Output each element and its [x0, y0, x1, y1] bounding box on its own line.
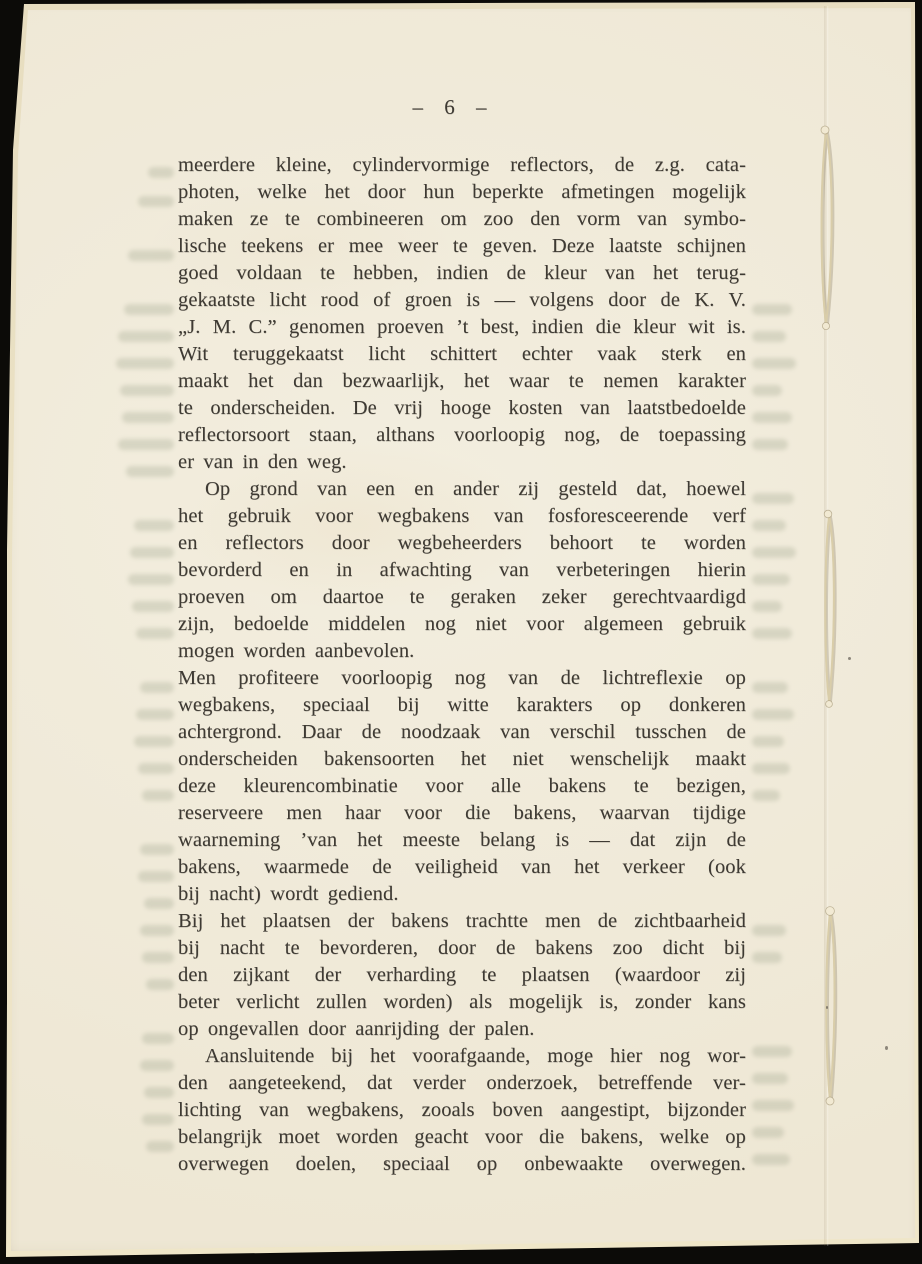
ink-bleedthrough-mark [124, 304, 174, 315]
ink-bleedthrough-mark [126, 466, 174, 477]
text-line: reflectorsoort staan, althans voorloopig… [178, 422, 746, 449]
text-line: bakens, waarmede de veiligheid van het v… [178, 854, 746, 881]
ink-bleedthrough-mark [752, 412, 792, 423]
ink-bleedthrough-mark [752, 601, 782, 612]
text-line: het gebruik voor wegbakens van fosforesc… [178, 503, 746, 530]
text-line: reserveere men haar voor die bakens, waa… [178, 800, 746, 827]
ink-bleedthrough-mark [138, 763, 174, 774]
ink-bleedthrough-mark [752, 628, 792, 639]
ink-bleedthrough-mark [752, 1046, 792, 1057]
text-line: maken ze te combineeren om zoo den vorm … [178, 206, 746, 233]
ink-bleedthrough-mark [752, 331, 786, 342]
text-line: onderscheiden bakensoorten het niet wens… [178, 746, 746, 773]
ink-bleedthrough-mark [140, 844, 174, 855]
ink-bleedthrough-mark [142, 1114, 174, 1125]
text-line: bevorderd en in afwachting van verbeteri… [178, 557, 746, 584]
ink-bleedthrough-mark [752, 385, 782, 396]
ink-bleedthrough-mark [752, 763, 790, 774]
text-line: belangrijk moet worden geacht voor die b… [178, 1124, 746, 1151]
text-line: Men profiteere voorloopig nog van de lic… [178, 665, 746, 692]
ink-bleedthrough-mark [752, 520, 786, 531]
text-line: er van in den weg. [178, 449, 746, 476]
ink-bleedthrough-mark [752, 925, 786, 936]
text-line: bij nacht) wordt gediend. [178, 881, 746, 908]
text-line: lichting van wegbakens, zooals boven aan… [178, 1097, 746, 1124]
ink-bleedthrough-mark [148, 167, 174, 178]
ink-bleedthrough-mark [752, 493, 794, 504]
ink-bleedthrough-mark [752, 1073, 788, 1084]
text-line: te onderscheiden. De vrij hooge kosten v… [178, 395, 746, 422]
ink-bleedthrough-mark [752, 547, 796, 558]
ink-bleedthrough-mark [120, 385, 174, 396]
text-line: achtergrond. Daar de noodzaak van versch… [178, 719, 746, 746]
ink-bleedthrough-mark [146, 1141, 174, 1152]
ink-bleedthrough-mark [752, 358, 796, 369]
text-line: Bij het plaatsen der bakens trachtte men… [178, 908, 746, 935]
ink-bleedthrough-mark [144, 898, 174, 909]
paper-speck [885, 1046, 888, 1050]
ink-bleedthrough-mark [116, 358, 174, 369]
text-line: op ongevallen door aanrijding der palen. [178, 1016, 746, 1043]
text-line: maakt het dan bezwaarlijk, het waar te n… [178, 368, 746, 395]
ink-bleedthrough-mark [752, 709, 794, 720]
ink-bleedthrough-mark [138, 871, 174, 882]
ink-bleedthrough-mark [138, 196, 174, 207]
text-line: photen, welke het door hun beperkte afme… [178, 179, 746, 206]
ink-bleedthrough-mark [752, 304, 792, 315]
text-line: gekaatste licht rood of groen is — volge… [178, 287, 746, 314]
text-line: lische teekens er mee weer te geven. Dez… [178, 233, 746, 260]
ink-bleedthrough-mark [136, 709, 174, 720]
ink-bleedthrough-mark [140, 682, 174, 693]
text-line: en reflectors door wegbeheerders behoort… [178, 530, 746, 557]
text-line: zijn, bedoelde middelen nog niet voor al… [178, 611, 746, 638]
paper-speck [848, 657, 851, 660]
ink-bleedthrough-mark [752, 1127, 784, 1138]
ink-bleedthrough-mark [752, 790, 780, 801]
ink-bleedthrough-mark [752, 1154, 790, 1165]
ink-bleedthrough-mark [752, 1100, 794, 1111]
ink-bleedthrough-mark [118, 331, 174, 342]
paper-speck [826, 1006, 828, 1009]
text-line: bij nacht te bevorderen, door de bakens … [178, 935, 746, 962]
text-line: waarneming ’van het meeste belang is — d… [178, 827, 746, 854]
text-line: Op grond van een en ander zij gesteld da… [178, 476, 746, 503]
ink-bleedthrough-mark [752, 682, 788, 693]
text-line: den zijkant der verharding te plaatsen (… [178, 962, 746, 989]
scanned-book-page: – 6 – meerdere kleine, cylindervormige r… [0, 0, 922, 1264]
ink-bleedthrough-mark [752, 736, 784, 747]
ink-bleedthrough-mark [140, 925, 174, 936]
text-line: wegbakens, speciaal bij witte karakters … [178, 692, 746, 719]
ink-bleedthrough-mark [140, 1060, 174, 1071]
ink-bleedthrough-mark [132, 601, 174, 612]
text-line: „J. M. C.” genomen proeven ’t best, indi… [178, 314, 746, 341]
ink-bleedthrough-mark [142, 790, 174, 801]
paper-speck [479, 1166, 481, 1168]
ink-bleedthrough-mark [146, 979, 174, 990]
text-line: overwegen doelen, speciaal op onbewaakte… [178, 1151, 746, 1178]
ink-bleedthrough-mark [752, 574, 790, 585]
text-line: den aangeteekend, dat verder onderzoek, … [178, 1070, 746, 1097]
ink-bleedthrough-mark [128, 250, 174, 261]
thread-loop-icon [818, 902, 842, 1110]
text-line: proeven om daartoe te geraken zeker gere… [178, 584, 746, 611]
text-line: deze kleurencombinatie voor alle bakens … [178, 773, 746, 800]
ink-bleedthrough-mark [134, 520, 174, 531]
binding-thread [815, 122, 839, 334]
text-line: beter verlicht zullen worden) als mogeli… [178, 989, 746, 1016]
text-line: goed voldaan te hebben, indien de kleur … [178, 260, 746, 287]
ink-bleedthrough-mark [130, 547, 174, 558]
text-line: mogen worden aanbevolen. [178, 638, 746, 665]
ink-bleedthrough-mark [144, 1087, 174, 1098]
ink-bleedthrough-mark [128, 574, 174, 585]
text-line: Aansluitende bij het voorafgaande, moge … [178, 1043, 746, 1070]
ink-bleedthrough-mark [122, 412, 174, 423]
ink-bleedthrough-mark [752, 952, 782, 963]
ink-bleedthrough-mark [142, 1033, 174, 1044]
binding-thread [818, 902, 842, 1110]
page-number: – 6 – [178, 94, 722, 121]
text-line: meerdere kleine, cylindervormige reflect… [178, 152, 746, 179]
binding-thread [818, 506, 842, 712]
page-text-column: meerdere kleine, cylindervormige reflect… [178, 152, 746, 1178]
thread-loop-icon [818, 506, 842, 712]
ink-bleedthrough-mark [752, 439, 788, 450]
text-line: Wit teruggekaatst licht schittert echter… [178, 341, 746, 368]
ink-bleedthrough-mark [142, 952, 174, 963]
ink-bleedthrough-mark [136, 628, 174, 639]
ink-bleedthrough-mark [118, 439, 174, 450]
ink-bleedthrough-mark [134, 736, 174, 747]
thread-loop-icon [815, 122, 839, 334]
paper-speck [384, 1161, 387, 1164]
